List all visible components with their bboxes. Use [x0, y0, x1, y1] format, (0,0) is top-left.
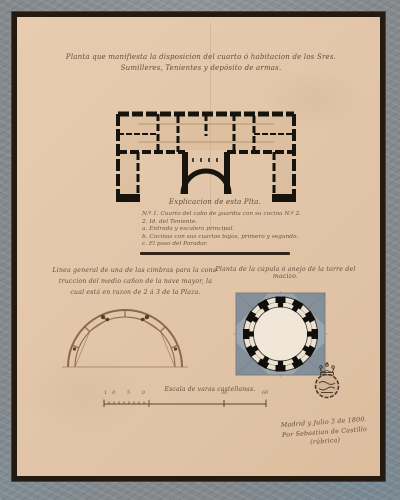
- legend-divider-rule: [140, 252, 290, 255]
- scale-numbers-left: 10 5 0: [104, 390, 150, 396]
- legend-item: a. Entrada y escalera principal.: [142, 226, 302, 234]
- centering-note-line2: truccion del medio cañon de la nave mayo…: [48, 276, 223, 287]
- marbled-mat-background: Planta que manifiesta la disposicion del…: [0, 0, 400, 500]
- dome-plan-caption: Planta de la cúpula ó anejo de la torre …: [213, 266, 358, 280]
- legend-item: N.º 1. Cuarto del cabo de guardia con su…: [142, 211, 302, 219]
- legend-item: b. Cocinas con sus cuartos bajos, primer…: [142, 234, 302, 242]
- centering-note-line1: Linea general de una de las cimbras para…: [48, 265, 223, 276]
- scale-caption: Escala de varas castellanas.: [140, 386, 280, 393]
- arch-centering-drawing: [60, 303, 190, 373]
- scale-bar: [101, 395, 269, 409]
- plate-title: Planta que manifiesta la disposicion del…: [60, 52, 342, 74]
- centering-note-line3: cual está en razon de 2 á 3 de la Plaza.: [48, 287, 223, 298]
- scale-number-mid: 30: [221, 390, 227, 396]
- floor-plan-drawing: [113, 108, 299, 204]
- scale-number-right: 60: [262, 390, 268, 396]
- legend-item: c. El paso del Parador.: [142, 241, 302, 249]
- legend-heading: Explicacion de esta Plta.: [140, 198, 290, 206]
- centering-note: Linea general de una de las cimbras para…: [48, 265, 223, 298]
- crown-seal-stamp-icon: [310, 361, 344, 401]
- plate-title-line2: Sumilleres, Tenientes y depósito de arma…: [60, 63, 342, 74]
- legend-list: N.º 1. Cuarto del cabo de guardia con su…: [142, 211, 302, 249]
- legend-item: 2. Id. del Teniente.: [142, 219, 302, 227]
- plate-title-line1: Planta que manifiesta la disposicion del…: [60, 52, 342, 63]
